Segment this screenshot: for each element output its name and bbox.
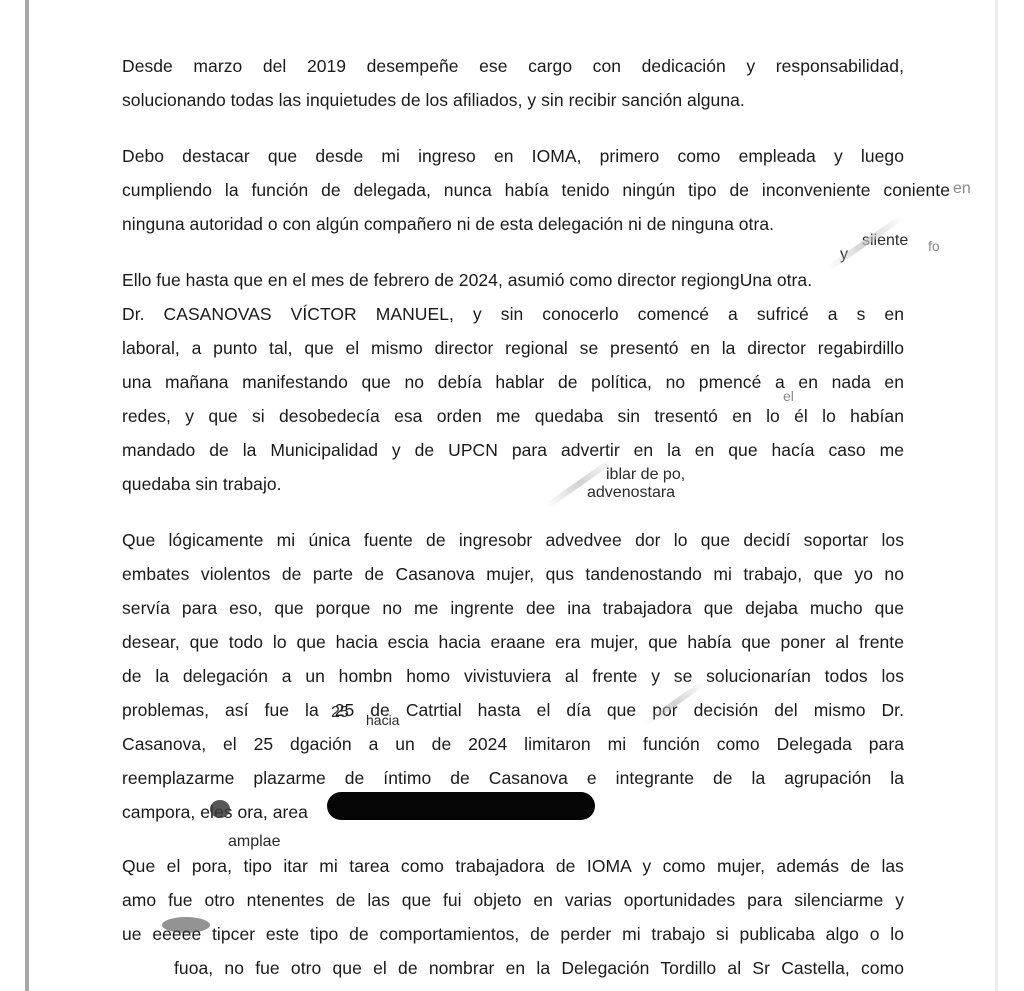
ink-smudge [210, 800, 230, 818]
overlay-fragment: fo [928, 238, 940, 254]
overlay-fragment: 25 [331, 704, 349, 722]
text-line: quedaba sin trabajo. [122, 473, 904, 495]
text-line: reemplazarme plazarme de íntimo de Casan… [122, 767, 904, 789]
text-line: laboral, a punto tal, que el mismo direc… [122, 337, 904, 359]
overlay-fragment: el [783, 388, 794, 404]
text-line: desear, que todo lo que hacia escia haci… [122, 631, 904, 653]
overlay-fragment: en [953, 180, 971, 198]
text-line: Que el pora, tipo itar mi tarea como tra… [122, 855, 904, 877]
text-line: fuoa, no fue otro que el de nombrar en l… [174, 957, 904, 979]
overlay-fragment: advenostara [587, 484, 675, 502]
text-line: Debo destacar que desde mi ingreso en IO… [122, 145, 904, 167]
text-line: ninguna autoridad o con algún compañero … [122, 213, 904, 235]
overlay-fragment: iblar de po, [606, 466, 685, 484]
text-line: Casanova, el 25 dgación a un de 2024 lim… [122, 733, 904, 755]
text-line: amo fue otro ntenentes de las que fui ob… [122, 889, 904, 911]
text-line: Que lógicamente mi única fuente de ingre… [122, 529, 904, 551]
text-line: servía para eso, que porque no me ingren… [122, 597, 904, 619]
ink-smudge [162, 917, 210, 933]
text-line: de la delegación a un hombn homo vivistu… [122, 665, 904, 687]
text-line: mandado de la Municipalidad y de UPCN pa… [122, 439, 904, 461]
overlay-fragment: amplae [228, 833, 280, 851]
text-line: Desde marzo del 2019 desempeñe ese cargo… [122, 55, 904, 77]
left-page-border [25, 0, 29, 991]
overlay-fragment: hacia [366, 712, 399, 728]
text-line: problemas, así fue la 25 de Catrtial has… [122, 699, 904, 721]
text-line: Dr. CASANOVAS VÍCTOR MANUEL, y sin conoc… [122, 303, 904, 325]
text-line: redes, y que si desobedecía esa orden me… [122, 405, 904, 427]
text-line: ue eeeee tipcer este tipo de comportamie… [122, 923, 904, 945]
text-line: cumpliendo la función de delegada, nunca… [122, 179, 950, 201]
redaction-bar [327, 792, 595, 820]
text-line: Ello fue hasta que en el mes de febrero … [122, 269, 904, 291]
text-line: embates violentos de parte de Casanova m… [122, 563, 904, 585]
text-line: solucionando todas las inquietudes de lo… [122, 89, 904, 111]
right-page-border [995, 0, 998, 991]
